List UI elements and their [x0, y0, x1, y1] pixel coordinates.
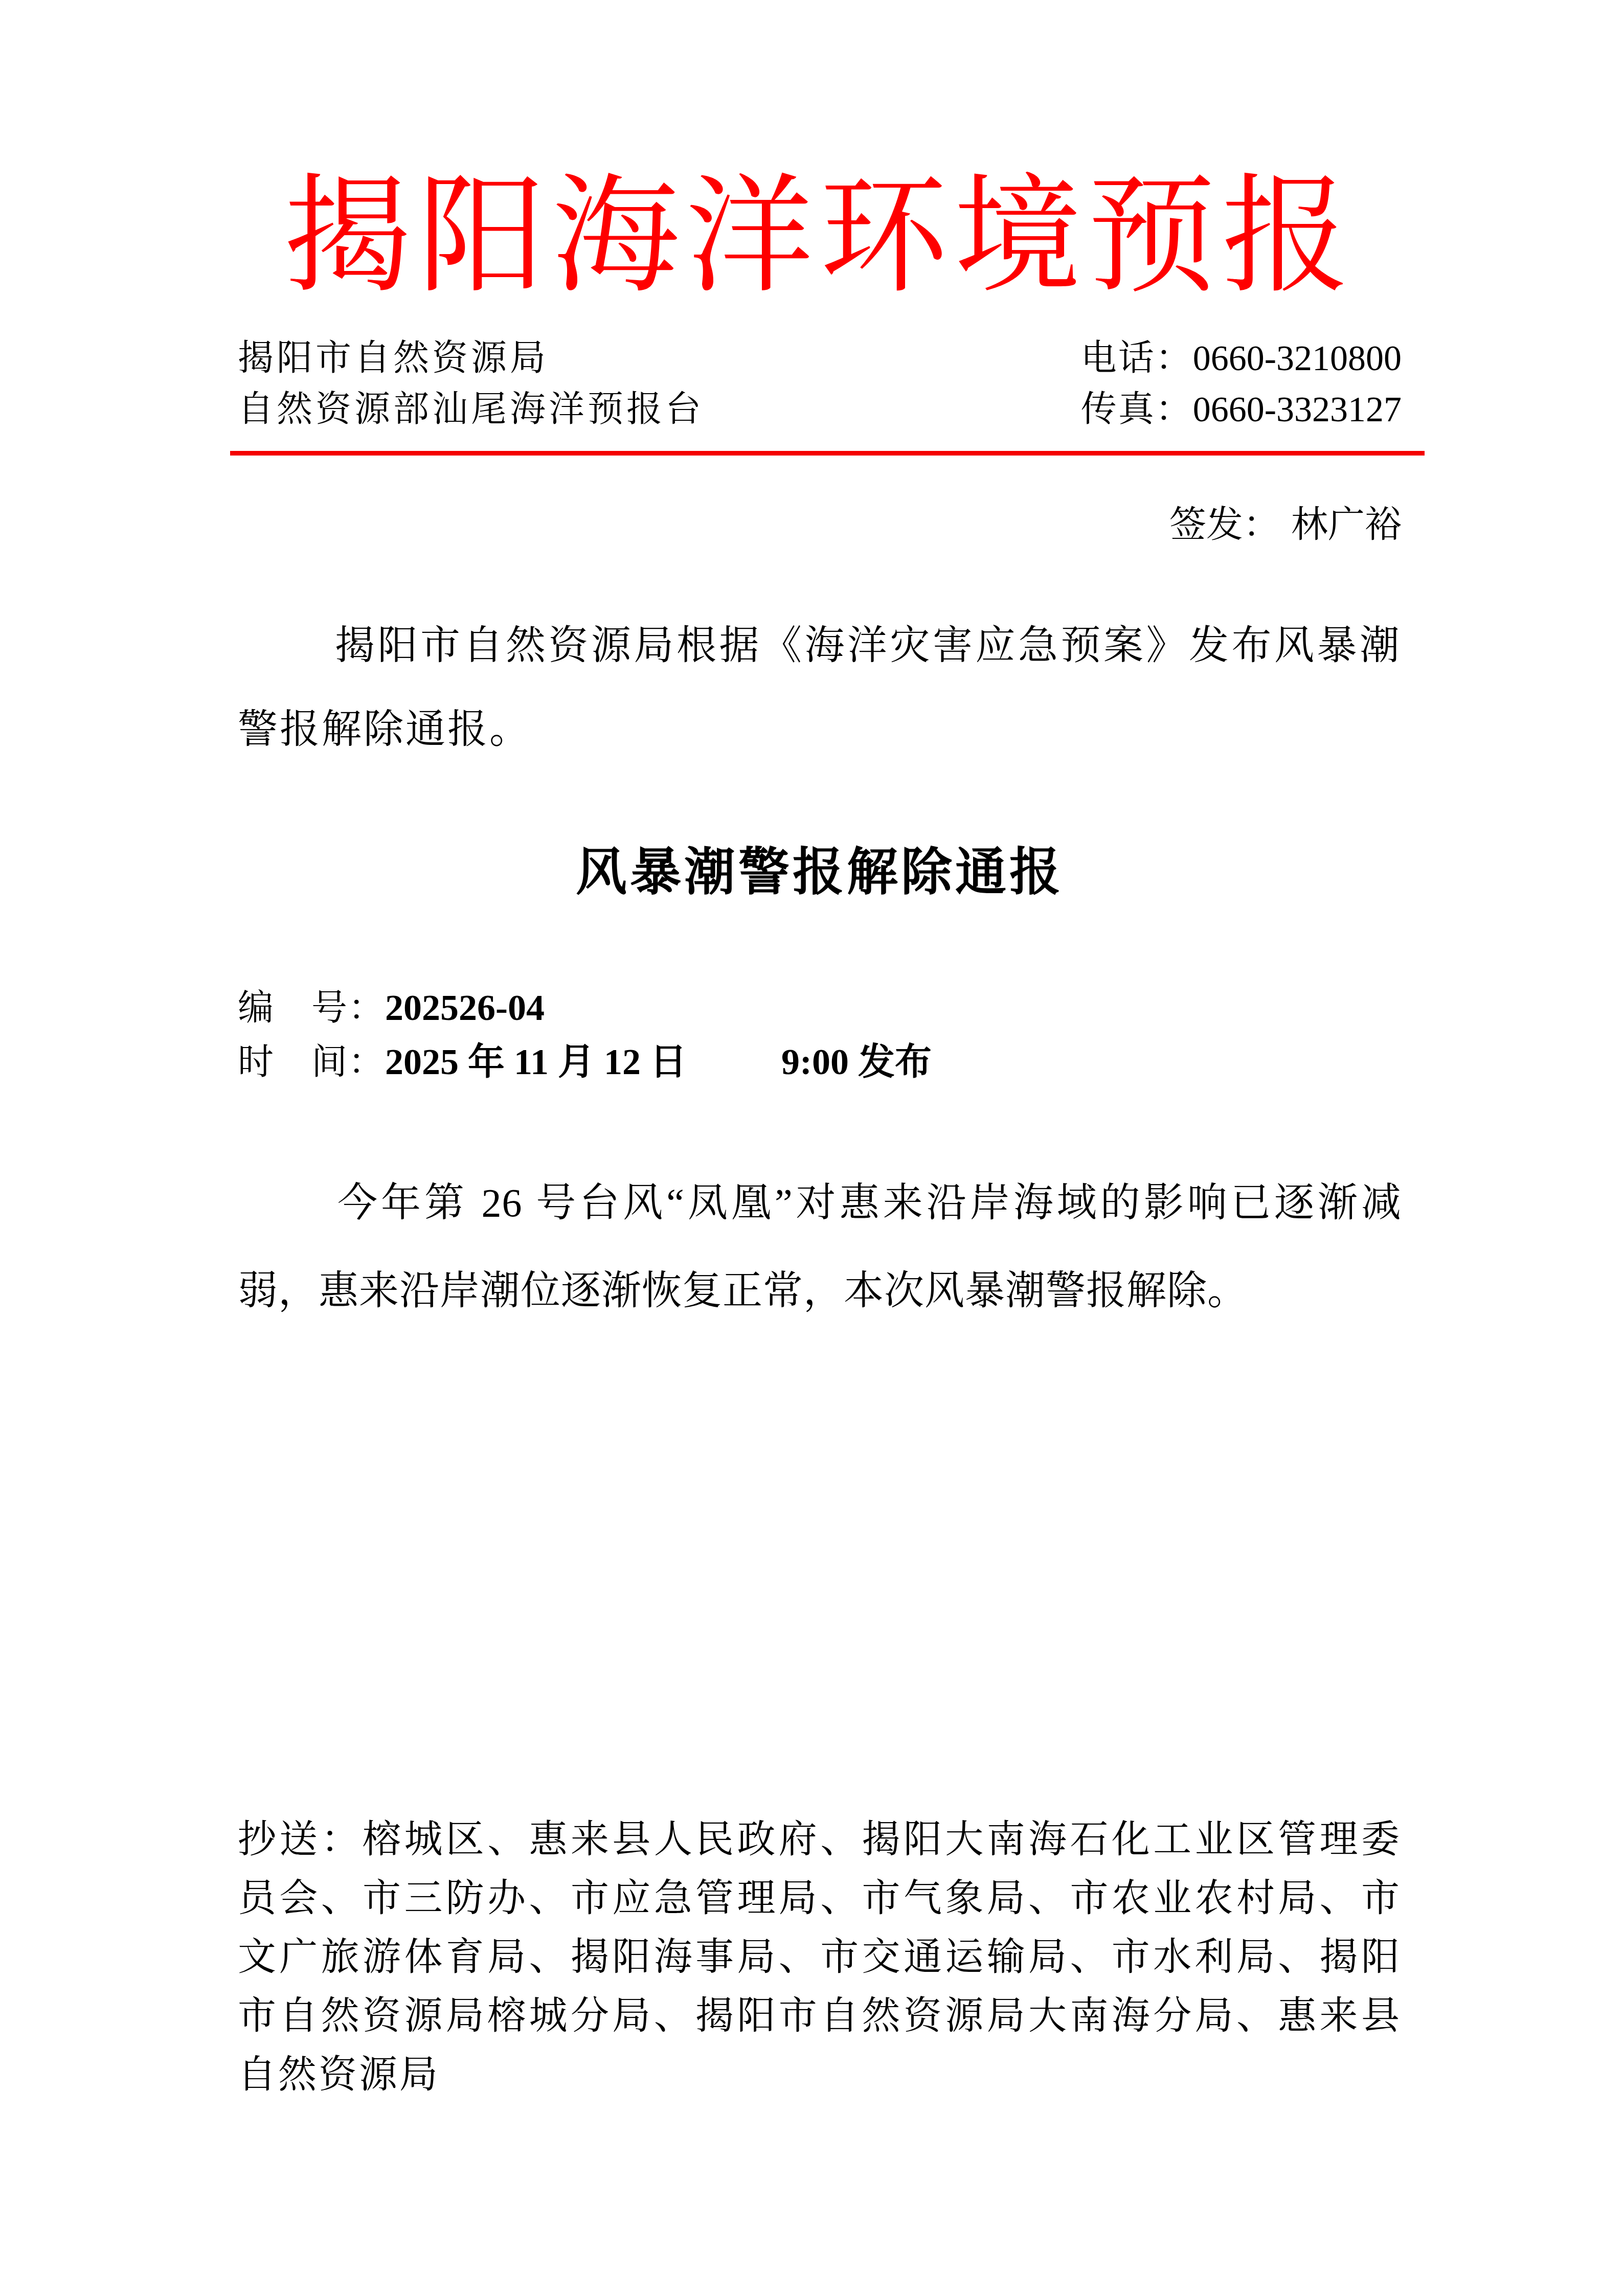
org-lines: 揭阳市自然资源局 自然资源部汕尾海洋预报台	[238, 333, 704, 436]
org-name-primary: 揭阳市自然资源局	[238, 333, 704, 384]
contact-lines: 电话：0660-3210800 传真：0660-3323127	[1081, 333, 1402, 436]
bulletin-heading: 风暴潮警报解除通报	[238, 844, 1402, 900]
issuer-line: 签发：林广裕	[238, 503, 1402, 547]
issuer-name: 林广裕	[1291, 504, 1402, 545]
red-divider-rule	[230, 451, 1425, 456]
contact-fax: 传真：0660-3323127	[1081, 384, 1402, 436]
phone-value: 0660-3210800	[1193, 339, 1402, 378]
fax-label: 传真：	[1081, 390, 1193, 429]
bulletin-number-label: 编 号：	[238, 989, 385, 1028]
masthead-info: 揭阳市自然资源局 自然资源部汕尾海洋预报台 电话：0660-3210800 传真…	[238, 333, 1402, 436]
issuer-label: 签发：	[1169, 504, 1280, 545]
bulletin-meta: 编 号：202526-04 时 间：2025 年 11 月 12 日9:00 发…	[238, 981, 1402, 1089]
contact-phone: 电话：0660-3210800	[1081, 333, 1402, 384]
bulletin-number-value: 202526-04	[385, 987, 545, 1028]
bulletin-time-release: 9:00 发布	[781, 1041, 932, 1082]
phone-label: 电话：	[1081, 339, 1193, 378]
bulletin-time-date: 2025 年 11 月 12 日	[385, 1041, 687, 1082]
org-name-secondary: 自然资源部汕尾海洋预报台	[238, 384, 704, 436]
document-page: 揭阳海洋环境预报 揭阳市自然资源局 自然资源部汕尾海洋预报台 电话：0660-3…	[0, 0, 1624, 2296]
cc-paragraph: 抄送：榕城区、惠来县人民政府、揭阳大南海石化工业区管理委员会、市三防办、市应急管…	[238, 1810, 1402, 2104]
bulletin-time-row: 时 间：2025 年 11 月 12 日9:00 发布	[238, 1035, 1402, 1089]
body-paragraph: 今年第 26 号台风“凤凰”对惠来沿岸海域的影响已逐渐减弱，惠来沿岸潮位逐渐恢复…	[238, 1159, 1402, 1335]
intro-paragraph: 揭阳市自然资源局根据《海洋灾害应急预案》发布风暴潮警报解除通报。	[238, 604, 1402, 771]
bulletin-time-label: 时 间：	[238, 1043, 385, 1082]
bulletin-number-row: 编 号：202526-04	[238, 981, 1402, 1035]
masthead-title: 揭阳海洋环境预报	[238, 0, 1402, 302]
fax-value: 0660-3323127	[1193, 390, 1402, 429]
